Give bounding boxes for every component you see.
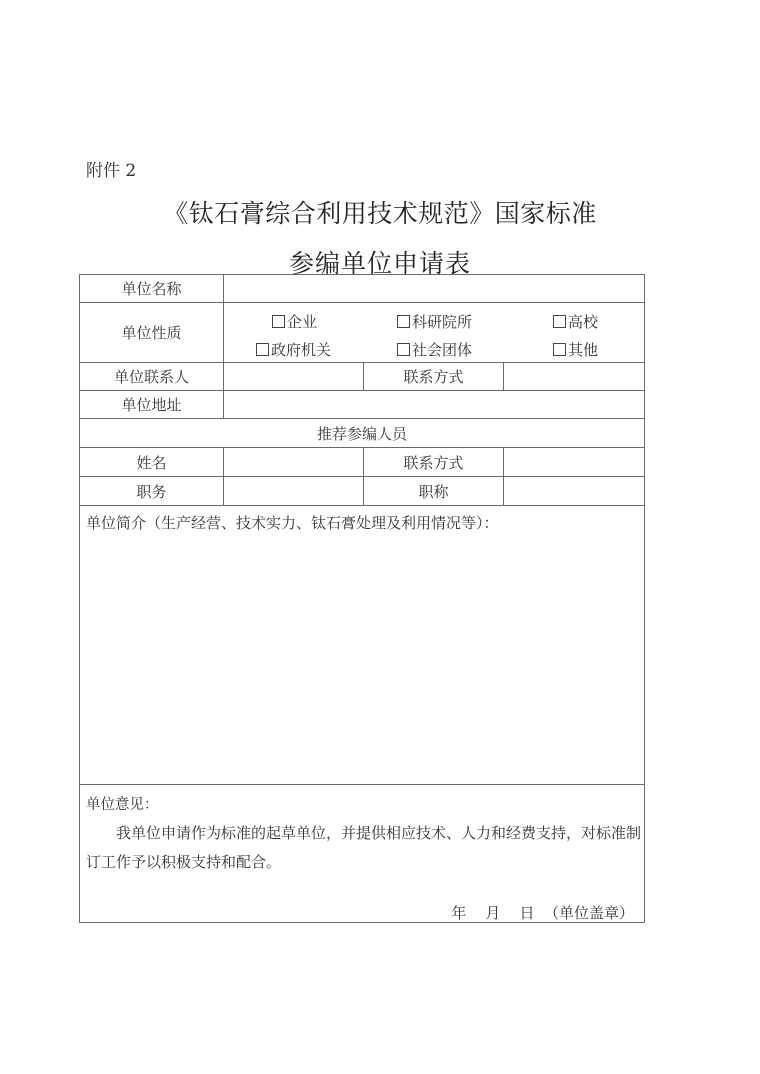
recommended-staff-header: 推荐参编人员 [79,418,645,448]
unit-type-options: 企业 科研院所 高校 政府机关 社会团体 其他 [223,302,645,363]
signature-date-line: 年 月 日 （单位盖章） [451,902,634,923]
unit-opinion-area: 单位意见： 我单位申请作为标准的起草单位，并提供相应技术、人力和经费支持，对标准… [79,784,645,923]
contact-method-label: 联系方式 [363,362,504,391]
option-government[interactable]: 政府机关 [256,339,331,360]
option-social-group[interactable]: 社会团体 [397,339,472,360]
unit-intro-label: 单位简介（生产经营、技术实力、钛石膏处理及利用情况等）： [86,512,499,533]
unit-name-label: 单位名称 [79,274,224,303]
person-contact-field[interactable] [503,447,645,477]
unit-name-field[interactable] [223,274,645,303]
opinion-text: 我单位申请作为标准的起草单位，并提供相应技术、人力和经费支持，对标准制订工作予以… [86,819,642,877]
position-label: 职务 [79,476,224,506]
option-enterprise[interactable]: 企业 [272,311,317,332]
checkbox-icon[interactable] [272,315,285,328]
opinion-label: 单位意见： [86,793,159,814]
option-other[interactable]: 其他 [553,339,598,360]
checkbox-icon[interactable] [553,315,566,328]
option-research-institute[interactable]: 科研院所 [397,311,472,332]
option-university[interactable]: 高校 [553,311,598,332]
unit-contact-field[interactable] [223,362,364,391]
document-title: 《钛石膏综合利用技术规范》国家标准 [0,194,760,230]
checkbox-icon[interactable] [553,343,566,356]
unit-address-field[interactable] [223,390,645,419]
unit-contact-label: 单位联系人 [79,362,224,391]
contact-method-field[interactable] [503,362,645,391]
name-field[interactable] [223,447,364,477]
title-label: 职称 [363,476,504,506]
position-field[interactable] [223,476,364,506]
person-contact-label: 联系方式 [363,447,504,477]
application-form: 单位名称 单位性质 企业 科研院所 高校 政府机关 社会团体 其他 单位联系人 … [79,274,645,923]
title-field[interactable] [503,476,645,506]
checkbox-icon[interactable] [397,343,410,356]
name-label: 姓名 [79,447,224,477]
unit-type-label: 单位性质 [79,302,224,363]
unit-address-label: 单位地址 [79,390,224,419]
unit-intro-area[interactable]: 单位简介（生产经营、技术实力、钛石膏处理及利用情况等）： [79,505,645,785]
attachment-label: 附件 2 [86,156,136,181]
checkbox-icon[interactable] [397,315,410,328]
checkbox-icon[interactable] [256,343,269,356]
